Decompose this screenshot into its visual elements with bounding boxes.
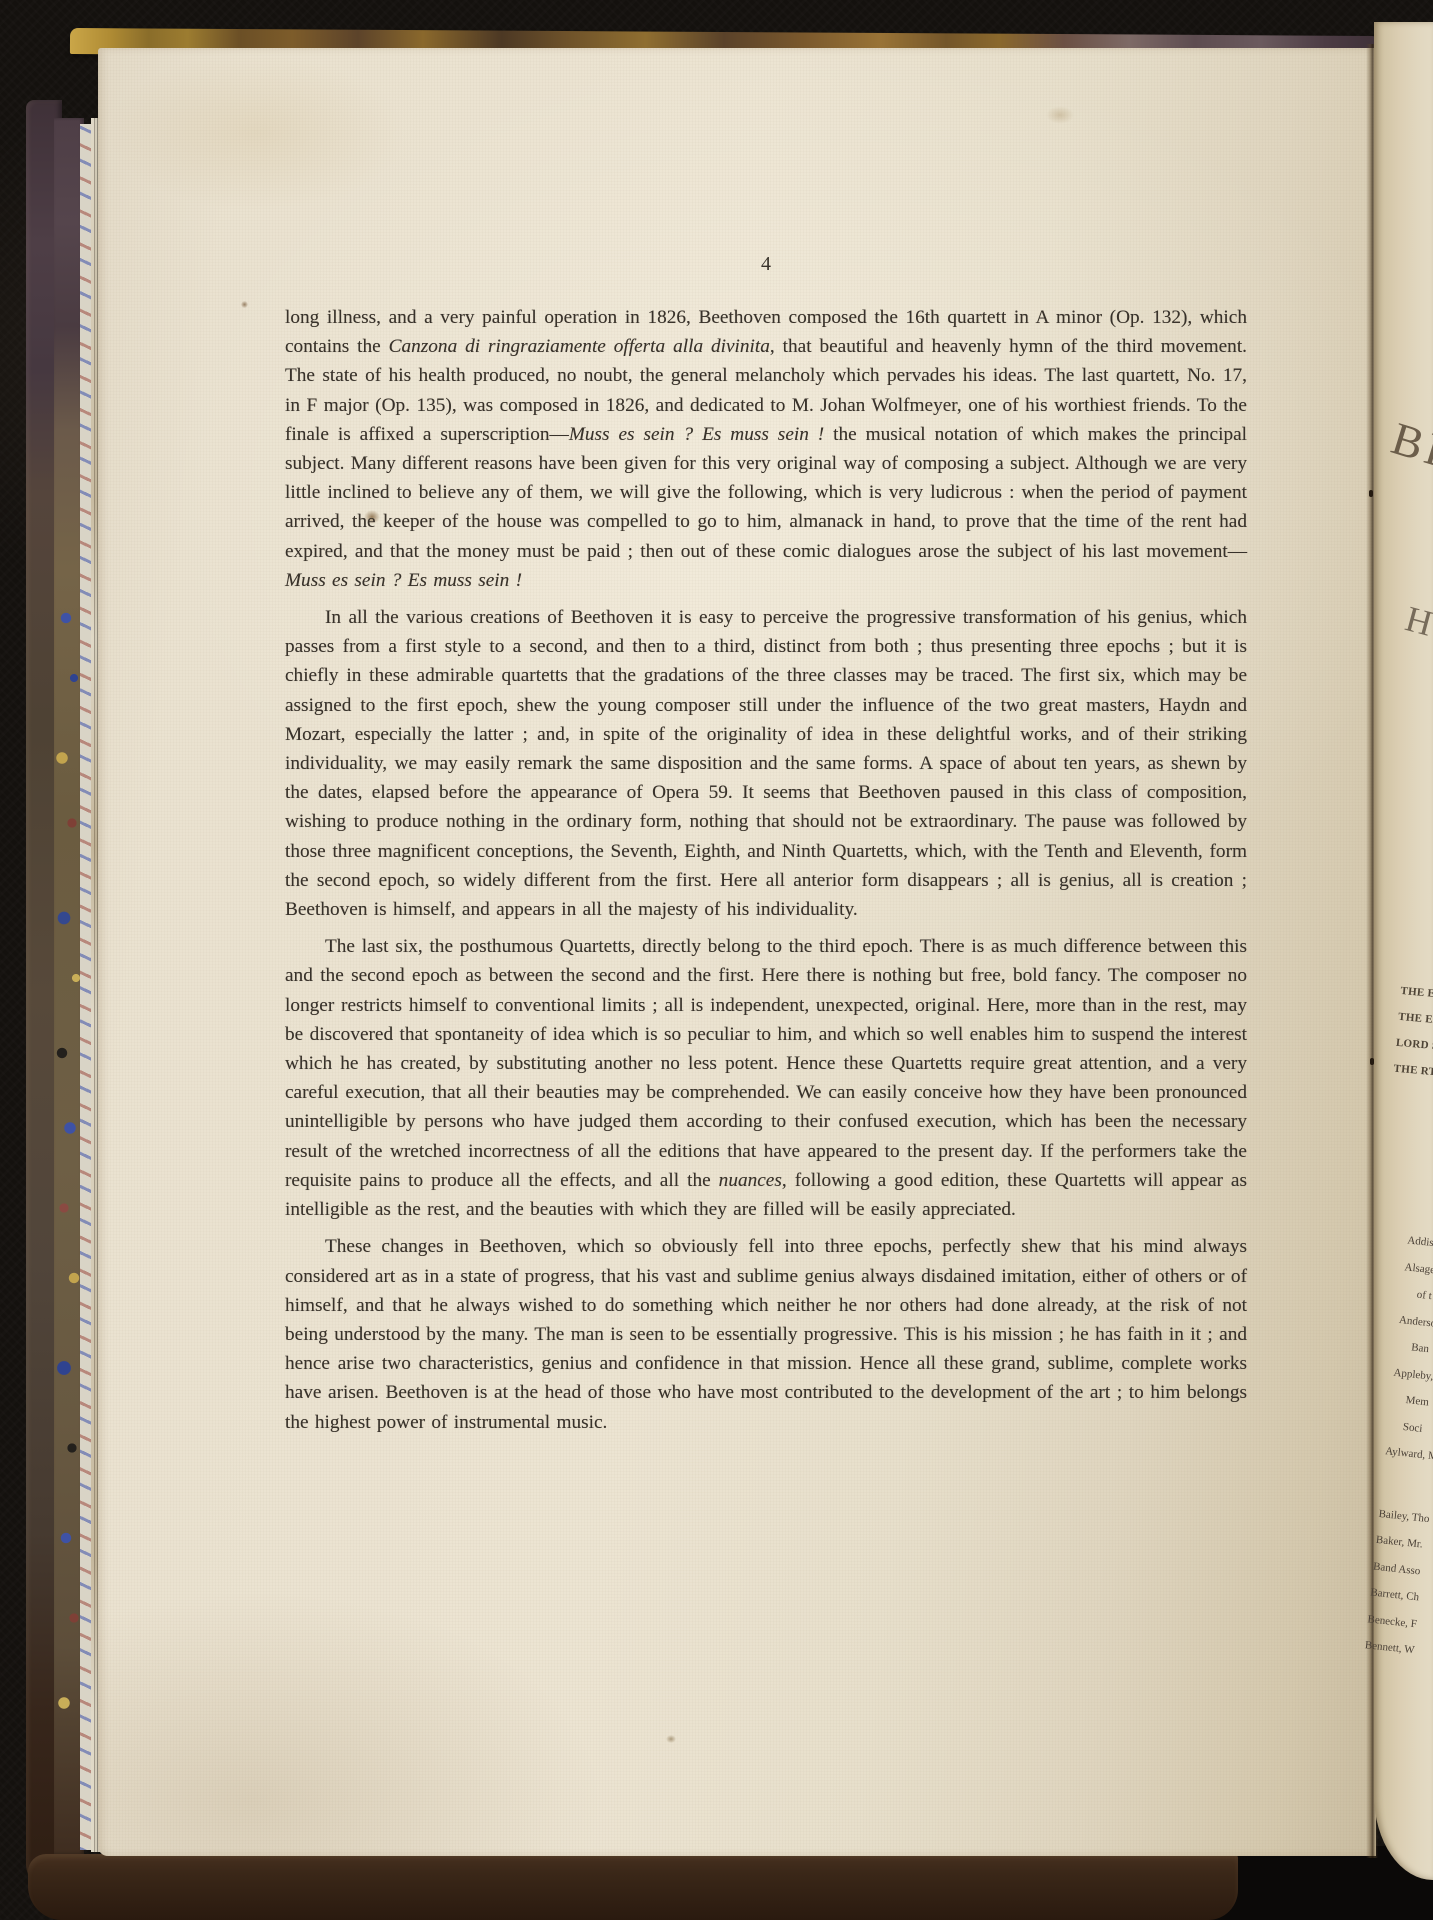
open-book-photograph: 4 long illness, and a very painful opera… [0,0,1433,1920]
paragraph: In all the various creations of Beethove… [285,603,1247,924]
caps-line: THE RT [1393,1056,1433,1086]
list-line: Appleby, [1392,1359,1433,1391]
foxing-spot [241,301,248,308]
list-line: Aylward, M [1384,1438,1433,1470]
paragraph: These changes in Beethoven, which so obv… [285,1232,1247,1436]
book-page: 4 long illness, and a very painful opera… [98,48,1376,1856]
list-line: Bennett, W [1363,1632,1418,1664]
list-gap [1380,1465,1433,1506]
foxing-spot [666,1735,676,1743]
page-body-text: long illness, and a very painful operati… [285,303,1247,1437]
page-number: 4 [285,253,1247,276]
binding-stitch [1369,490,1373,497]
paragraph: The last six, the posthumous Quartetts, … [285,932,1247,1224]
foxing-spot [1046,106,1074,124]
book-cover-bottom-edge [28,1854,1238,1920]
paragraph: long illness, and a very painful operati… [285,303,1247,595]
paper-discoloration [106,52,406,212]
